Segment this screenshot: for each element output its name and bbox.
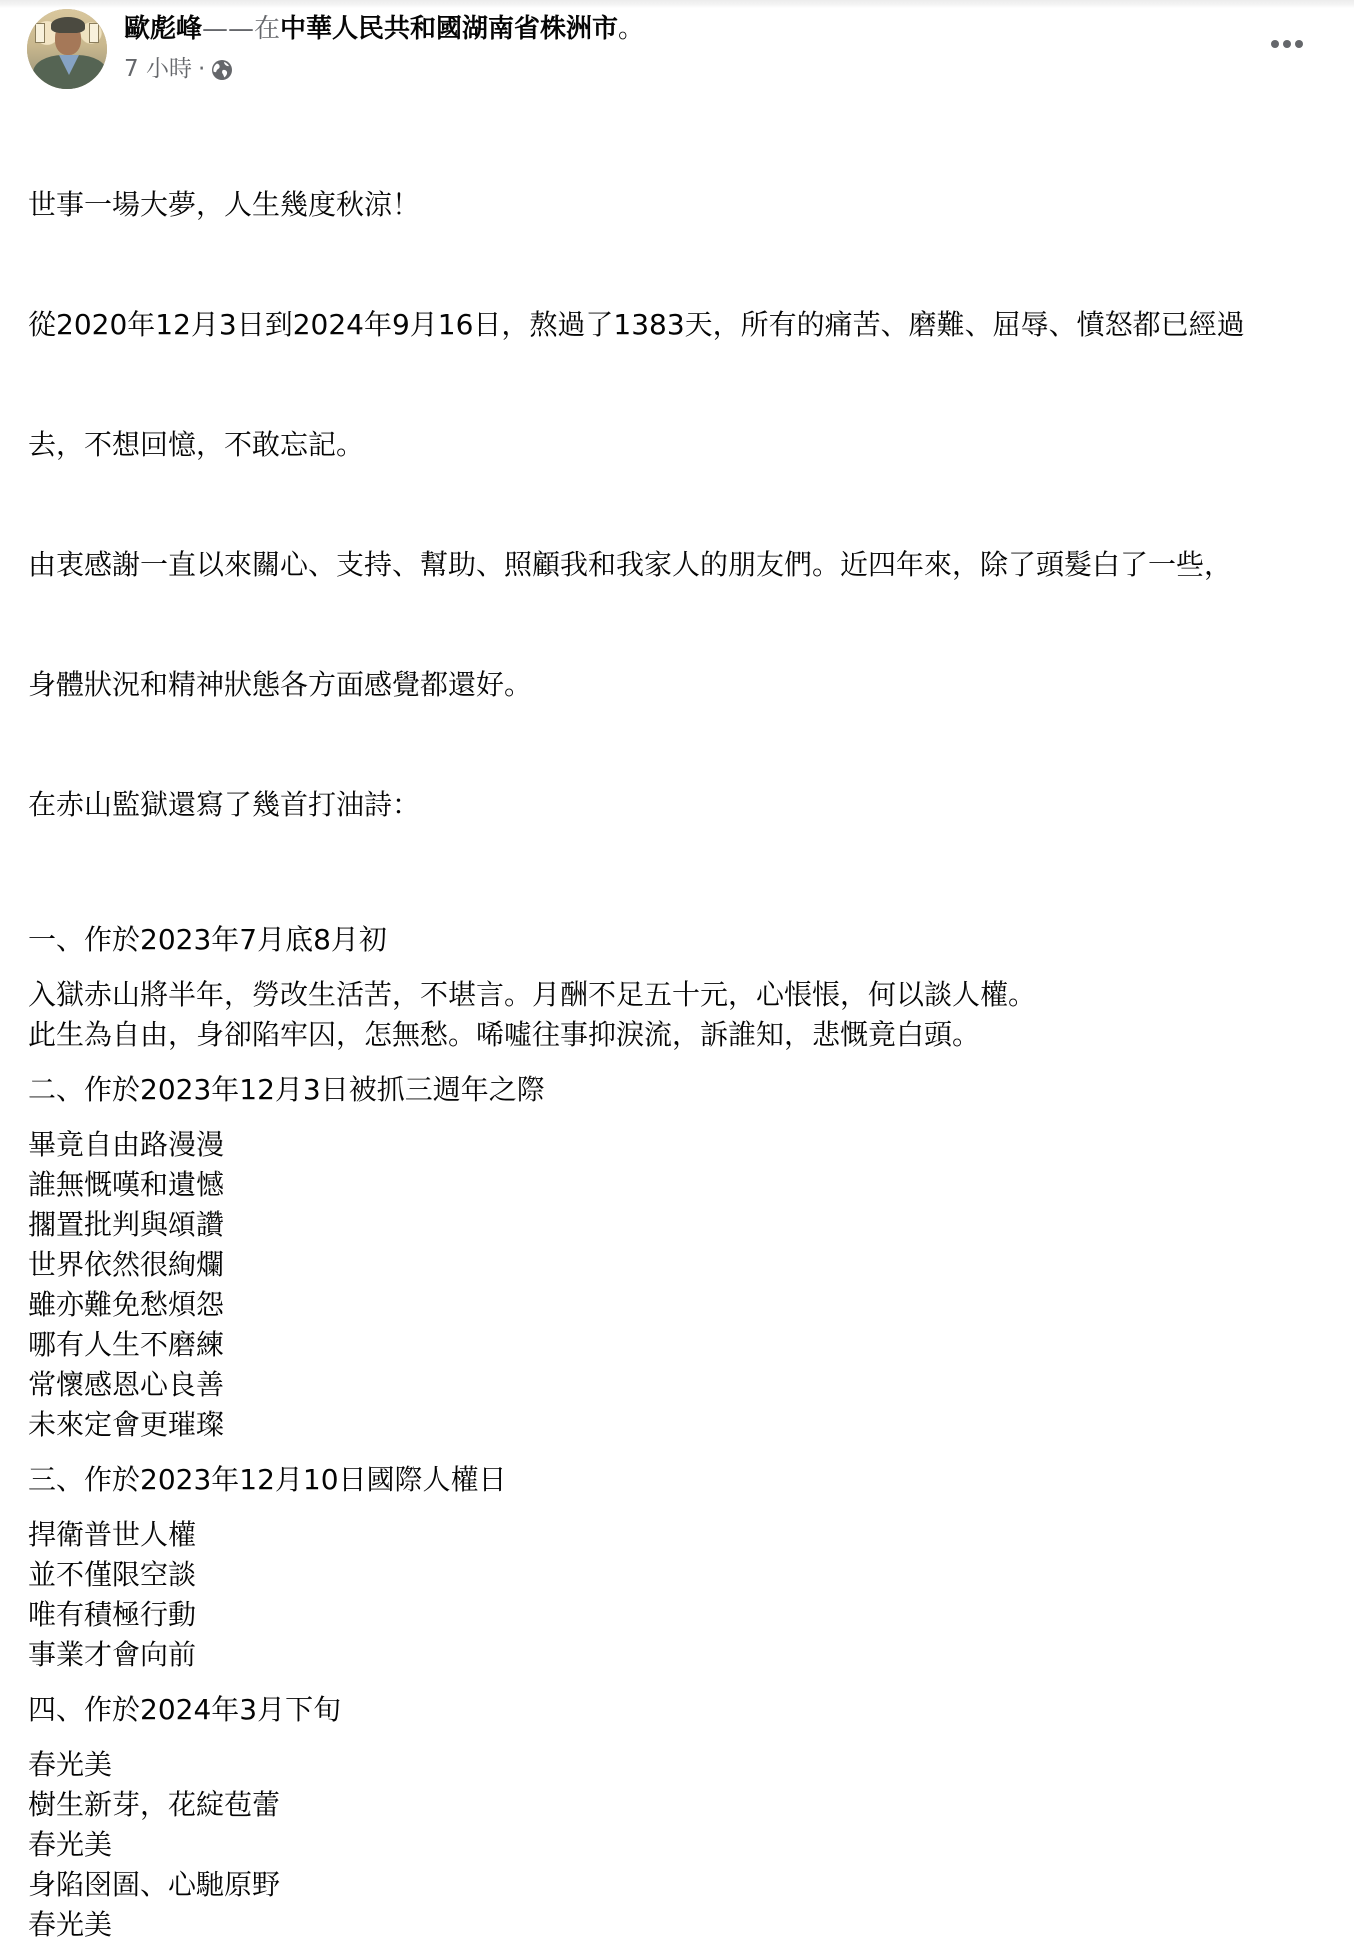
poem-line: 擱置批判與頌讚 (28, 1205, 1328, 1245)
poem-line: 入獄赤山將半年，勞改生活苦，不堪言。月酬不足五十元，心悵悵，何以談人權。 (28, 975, 1328, 1015)
post-timestamp[interactable]: 7 小時 (124, 53, 192, 85)
author-avatar[interactable] (27, 9, 107, 89)
poem-line: 此生為自由，身卻陷牢囚，怎無愁。唏噓往事抑淚流，訴誰知，悲慨竟白頭。 (28, 1015, 1328, 1055)
poem-stanza: 入獄赤山將半年，勞改生活苦，不堪言。月酬不足五十元，心悵悵，何以談人權。 此生為… (28, 975, 1328, 1055)
intro-line: 由衷感謝一直以來關心、支持、幫助、照顧我和我家人的朋友們。近四年來，除了頭髮白了… (28, 545, 1328, 585)
globe-icon[interactable] (211, 58, 233, 80)
intro-paragraph: 世事一場大夢，人生幾度秋涼！ 從2020年12月3日到2024年9月16日，熬過… (28, 105, 1328, 905)
post-meta: 7 小時 · (124, 53, 233, 85)
intro-line: 身體狀況和精神狀態各方面感覺都還好。 (28, 665, 1328, 705)
poem-heading: 二、作於2023年12月3日被抓三週年之際 (28, 1070, 1328, 1110)
facebook-post: 歐彪峰——在中華人民共和國湖南省株洲市。 7 小時 · 世事一場大夢，人生幾度秋… (0, 0, 1354, 1370)
poem-line: 誰無慨嘆和遺憾 (28, 1165, 1328, 1205)
post-header: 歐彪峰——在中華人民共和國湖南省株洲市。 7 小時 · (0, 0, 1354, 100)
location-link[interactable]: 中華人民共和國湖南省株洲市 (280, 14, 618, 44)
poem-heading: 一、作於2023年7月底8月初 (28, 920, 1328, 960)
more-horizontal-icon (1271, 40, 1279, 48)
avatar-hair (51, 17, 85, 33)
poem-line: 畢竟自由路漫漫 (28, 1125, 1328, 1165)
more-horizontal-icon (1295, 40, 1303, 48)
poem-line: 雖亦難免愁煩怨 (28, 1285, 1328, 1325)
intro-line: 世事一場大夢，人生幾度秋涼！ (28, 185, 1328, 225)
intro-line: 去，不想回憶，不敢忘記。 (28, 425, 1328, 465)
poem-line: 世界依然很絢爛 (28, 1245, 1328, 1285)
meta-separator: · (198, 53, 205, 85)
author-name-link[interactable]: 歐彪峰 (124, 14, 202, 44)
intro-line: 在赤山監獄還寫了幾首打油詩： (28, 785, 1328, 825)
more-horizontal-icon (1283, 40, 1291, 48)
post-body: 世事一場大夢，人生幾度秋涼！ 從2020年12月3日到2024年9月16日，熬過… (28, 105, 1328, 1370)
intro-line: 從2020年12月3日到2024年9月16日，熬過了1383天，所有的痛苦、磨難… (28, 305, 1328, 345)
author-line: 歐彪峰——在中華人民共和國湖南省株洲市。 (124, 11, 644, 47)
avatar-window-right (89, 23, 99, 43)
more-options-button[interactable] (1262, 30, 1312, 58)
avatar-window-left (35, 23, 45, 43)
poem-line: 常懷感恩心良善 (28, 1365, 1328, 1370)
author-line-end: 。 (618, 14, 644, 44)
poem-stanza: 畢竟自由路漫漫 誰無慨嘆和遺憾 擱置批判與頌讚 世界依然很絢爛 雖亦難免愁煩怨 … (28, 1125, 1328, 1370)
location-separator: ——在 (202, 14, 280, 44)
poem-line: 哪有人生不磨練 (28, 1325, 1328, 1365)
